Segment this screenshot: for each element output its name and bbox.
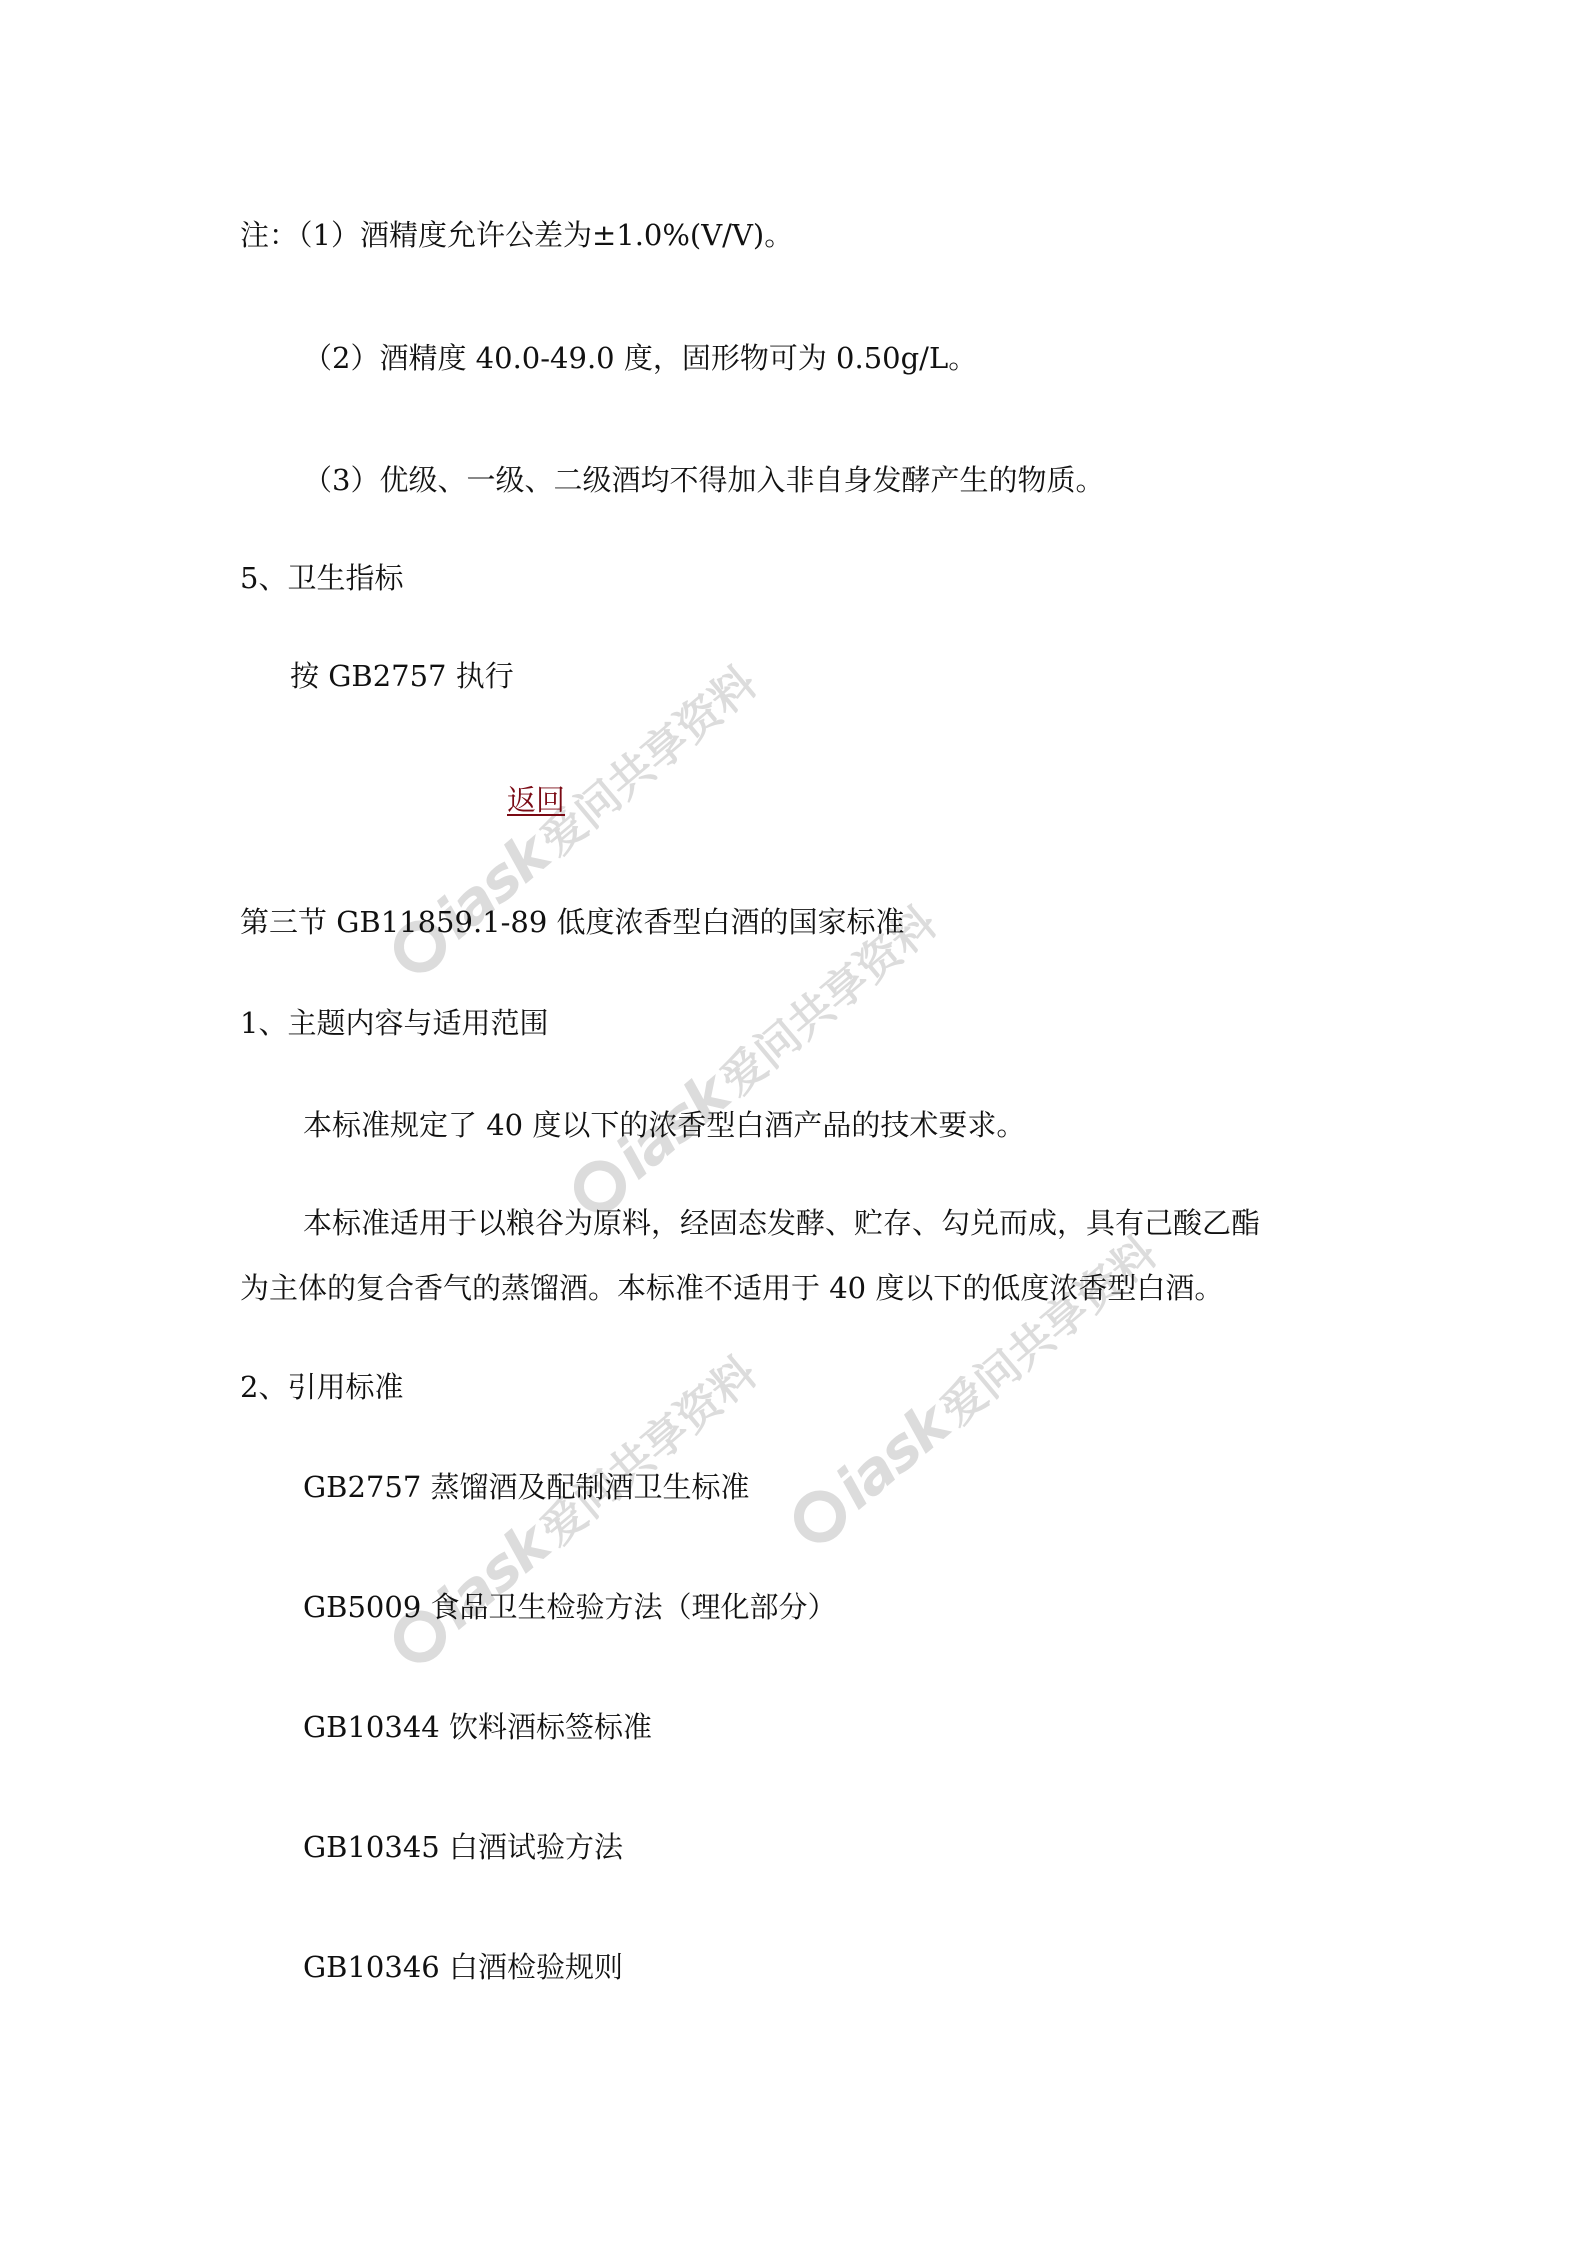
hygiene-body: 按 GB2757 执行 (290, 656, 514, 696)
watermark: iask爱问共享资料 (563, 893, 946, 1227)
reference-item: GB10345 白酒试验方法 (303, 1827, 623, 1867)
reference-item: GB5009 食品卫生检验方法（理化部分） (303, 1587, 837, 1627)
reference-item: GB10346 白酒检验规则 (303, 1947, 623, 1987)
note-1: 注：（1）酒精度允许公差为±1.0%(V/V)。 (240, 215, 793, 255)
scope-paragraph-1: 本标准规定了 40 度以下的浓香型白酒产品的技术要求。 (303, 1105, 1025, 1145)
section-title: 第三节 GB11859.1-89 低度浓香型白酒的国家标准 (240, 902, 905, 942)
subsection-heading-scope: 1、主题内容与适用范围 (240, 1003, 548, 1043)
back-link[interactable]: 返回 (507, 780, 565, 820)
section-heading-hygiene: 5、卫生指标 (240, 558, 403, 598)
scope-paragraph-2-line-2: 为主体的复合香气的蒸馏酒。本标准不适用于 40 度以下的低度浓香型白酒。 (240, 1268, 1223, 1308)
note-2: （2）酒精度 40.0-49.0 度，固形物可为 0.50g/L。 (303, 338, 977, 378)
scope-paragraph-2-line-1: 本标准适用于以粮谷为原料，经固态发酵、贮存、勾兑而成，具有己酸乙酯 (303, 1203, 1260, 1243)
reference-item: GB10344 饮料酒标签标准 (303, 1707, 652, 1747)
note-3: （3）优级、一级、二级酒均不得加入非自身发酵产生的物质。 (303, 460, 1104, 500)
reference-item: GB2757 蒸馏酒及配制酒卫生标准 (303, 1467, 750, 1507)
subsection-heading-references: 2、引用标准 (240, 1367, 403, 1407)
iask-logo-icon (783, 1480, 856, 1553)
